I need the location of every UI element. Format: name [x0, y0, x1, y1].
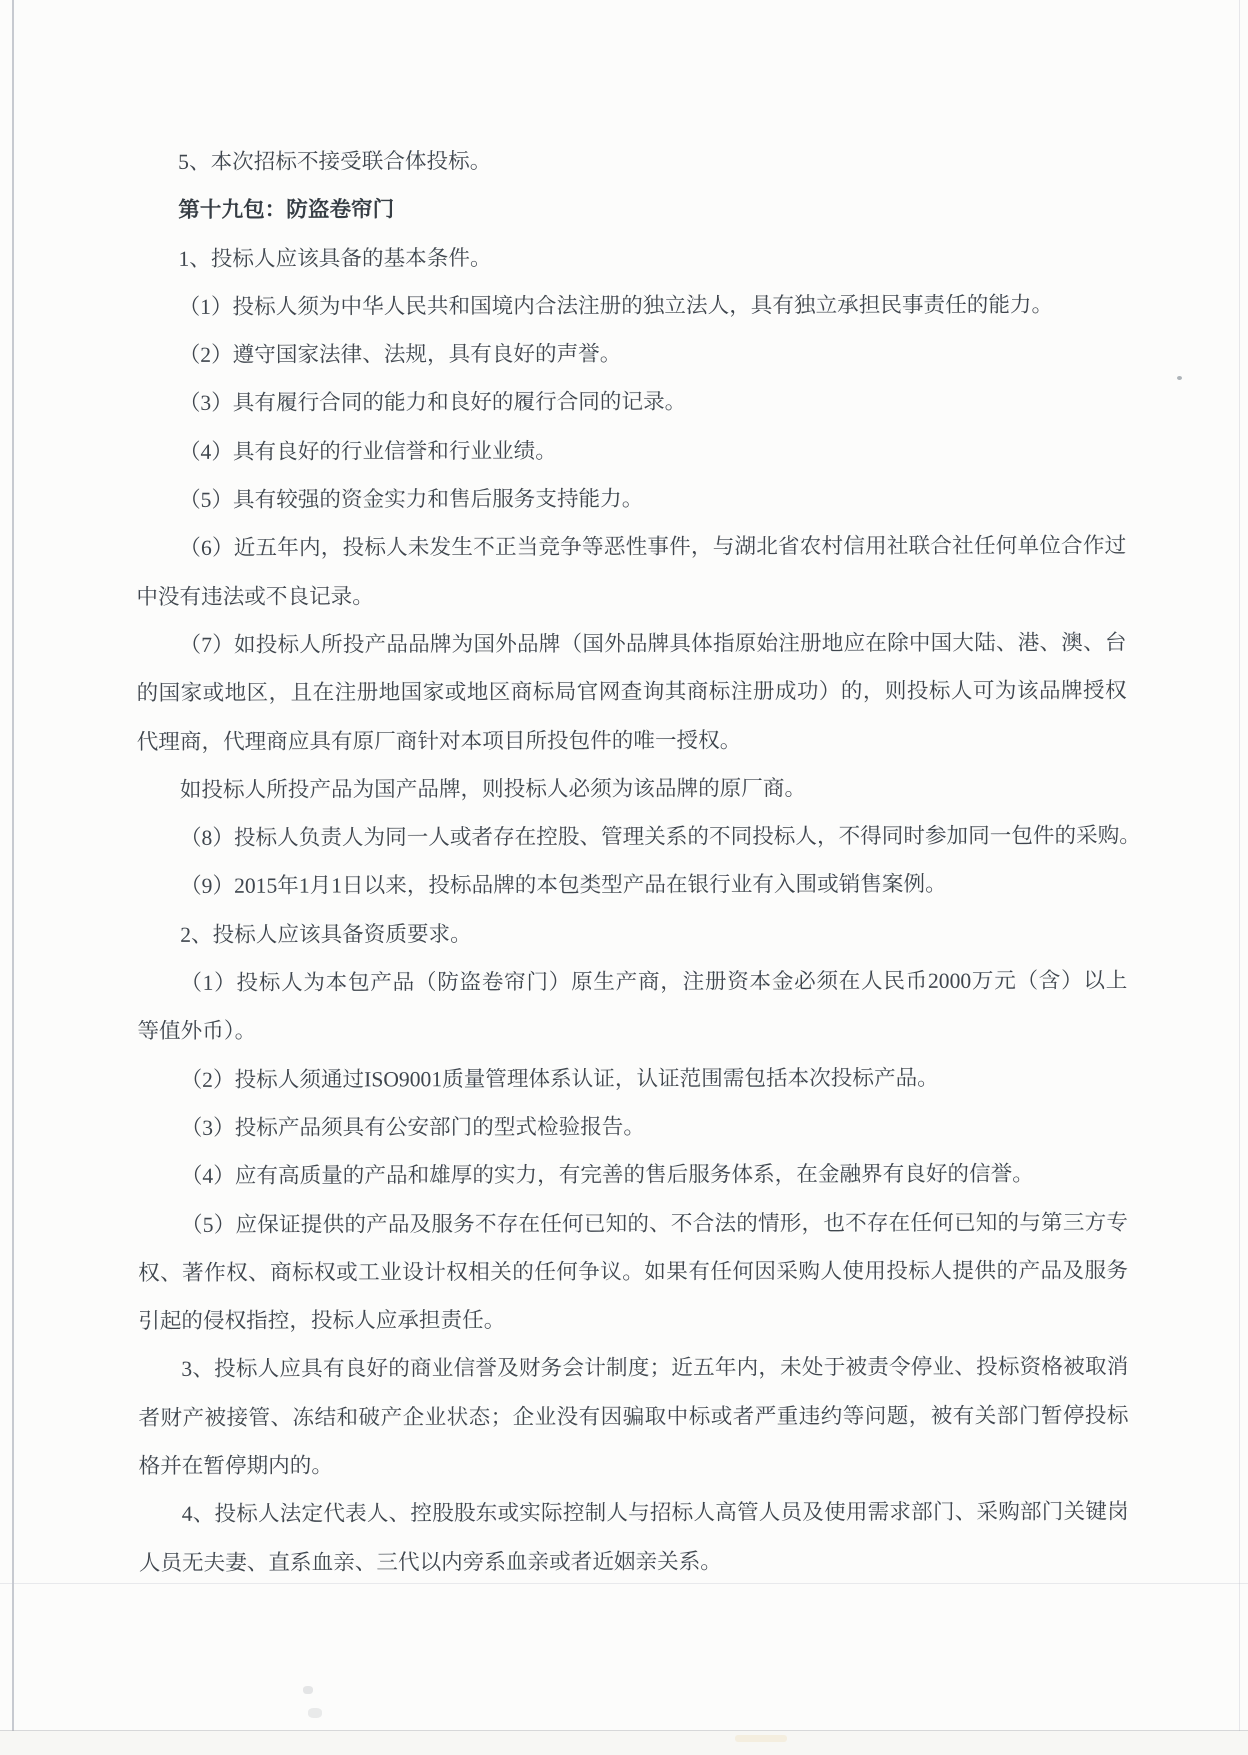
scan-speck: [308, 1708, 322, 1718]
document-line: 权、著作权、商标权或工业设计权相关的任何争议。如果有任何因采购人使用投标人提供的…: [138, 1246, 1128, 1297]
document-line: 1、投标人应该具备的基本条件。: [135, 232, 1125, 283]
document-line: （5）具有较强的资金实力和售后服务支持能力。: [136, 473, 1126, 524]
document-line: 等值外币）。: [137, 1005, 1127, 1056]
document-heading-line: 第十九包：防盗卷帘门: [135, 184, 1125, 235]
document-line: 格并在暂停期内的。: [139, 1439, 1129, 1490]
document-line: 4、投标人法定代表人、控股股东或实际控制人与招标人高管人员及使用需求部门、采购部…: [139, 1488, 1129, 1539]
document-line: 2、投标人应该具备资质要求。: [137, 908, 1127, 959]
document-line: （3）具有履行合同的能力和良好的履行合同的记录。: [136, 377, 1126, 428]
document-line: （5）应保证提供的产品及服务不存在任何已知的、不合法的情形，也不存在任何已知的与…: [138, 1198, 1128, 1249]
document-line: 者财产被接管、冻结和破产企业状态；企业没有因骗取中标或者严重违约等问题，被有关部…: [138, 1391, 1128, 1442]
document-line: （1）投标人为本包产品（防盗卷帘门）原生产商，注册资本金必须在人民币2000万元…: [137, 956, 1127, 1007]
document-line: （9）2015年1月1日以来，投标品牌的本包类型产品在银行业有入围或销售案例。: [137, 860, 1127, 911]
scan-edge-line-left: [12, 0, 14, 1755]
scan-speck: [1177, 376, 1182, 380]
document-line: 引起的侵权指控，投标人应承担责任。: [138, 1295, 1128, 1346]
document-line: （4）应有高质量的产品和雄厚的实力，有完善的售后服务体系，在金融界有良好的信誉。: [138, 1150, 1128, 1201]
document-line: 5、本次招标不接受联合体投标。: [135, 135, 1125, 186]
document-line: 3、投标人应具有良好的商业信誉及财务会计制度；近五年内，未处于被责令停业、投标资…: [138, 1343, 1128, 1394]
document-line: （2）投标人须通过ISO9001质量管理体系认证，认证范围需包括本次投标产品。: [138, 1053, 1128, 1104]
scan-bottom-margin: [0, 1731, 1248, 1755]
document-line: 中没有违法或不良记录。: [136, 570, 1126, 621]
document-line: 的国家或地区，且在注册地国家或地区商标局官网查询其商标注册成功）的，则投标人可为…: [136, 667, 1126, 718]
document-line: （4）具有良好的行业信誉和行业业绩。: [136, 425, 1126, 476]
document-line: （8）投标人负责人为同一人或者存在控股、管理关系的不同投标人，不得同时参加同一包…: [137, 812, 1127, 863]
document-line: 代理商，代理商应具有原厂商针对本项目所投包件的唯一授权。: [137, 715, 1127, 766]
scan-edge-line-right: [1239, 0, 1240, 1755]
document-line: （1）投标人须为中华人民共和国境内合法注册的独立法人，具有独立承担民事责任的能力…: [135, 280, 1125, 331]
document-line: （6）近五年内，投标人未发生不正当竞争等恶性事件，与湖北省农村信用社联合社任何单…: [136, 522, 1126, 573]
document-line: 如投标人所投产品为国产品牌，则投标人必须为该品牌的原厂商。: [137, 763, 1127, 814]
scanned-document-page: 5、本次招标不接受联合体投标。第十九包：防盗卷帘门1、投标人应该具备的基本条件。…: [0, 0, 1248, 1755]
document-text-block: 5、本次招标不接受联合体投标。第十九包：防盗卷帘门1、投标人应该具备的基本条件。…: [135, 135, 1129, 1586]
document-line: 人员无夫妻、直系血亲、三代以内旁系血亲或者近姻亲关系。: [139, 1536, 1129, 1587]
document-line: （7）如投标人所投产品品牌为国外品牌（国外品牌具体指原始注册地应在除中国大陆、港…: [136, 618, 1126, 669]
scan-speck: [303, 1686, 313, 1694]
document-line: （2）遵守国家法律、法规，具有良好的声誉。: [136, 329, 1126, 380]
scan-smudge: [735, 1735, 787, 1742]
document-line: （3）投标产品须具有公安部门的型式检验报告。: [138, 1101, 1128, 1152]
